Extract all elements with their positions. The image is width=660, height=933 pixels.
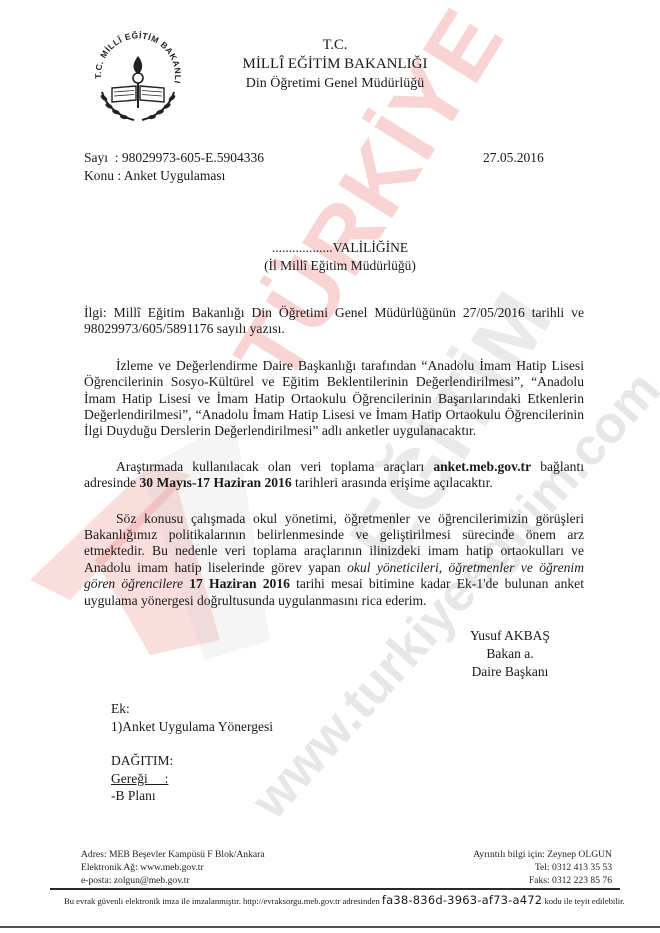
meb-logo: T.C. MİLLÎ EĞİTİM BAKANLIĞI (88, 26, 188, 126)
document-date: 27.05.2016 (483, 149, 544, 167)
paragraph-request: Söz konusu çalışmada okul yönetimi, öğre… (84, 511, 584, 609)
footer-web: Elektronik Ağ: www.meb.gov.tr (81, 861, 265, 874)
footer-contact: Ayrıntılı bilgi için: Zeynep OLGUN (420, 848, 612, 861)
attachments: Ek: 1)Anket Uygulama Yönergesi (111, 700, 273, 736)
footer-address: Adres: MEB Beşevler Kampüsü F Blok/Ankar… (81, 848, 265, 861)
letterhead: T.C. MİLLÎ EĞİTİM BAKANLIĞI Din Öğretimi… (190, 36, 480, 93)
footer-email: e-posta: zolgun@meb.gov.tr (81, 874, 265, 887)
letterhead-directorate: Din Öğretimi Genel Müdürlüğü (190, 74, 480, 93)
deadline-date: 17 Haziran 2016 (183, 576, 290, 591)
attachment-item: 1)Anket Uygulama Yönergesi (111, 718, 273, 736)
verification-line: Bu evrak güvenli elektronik imza ile imz… (64, 893, 624, 908)
letter-body: İlgi: Millî Eğitim Bakanlığı Din Öğretim… (84, 305, 584, 609)
paragraph-access-text-c: tarihleri arasında erişime açılacaktır. (292, 475, 493, 490)
paragraph-access: Araştırmada kullanılacak olan veri topla… (84, 459, 584, 492)
addressee: ..................VALİLİĞİNE (İl Millî E… (190, 239, 490, 275)
document-page: TÜRKİYE EĞİTİM www.turkiyeegitim.com T.C… (0, 0, 660, 933)
konu-label: Konu (84, 168, 114, 183)
footer-divider (50, 888, 620, 890)
signature-block: Yusuf AKBAŞ Bakan a. Daire Başkanı (450, 627, 570, 681)
ilgi-paragraph: İlgi: Millî Eğitim Bakanlığı Din Öğretim… (84, 305, 584, 338)
footer-tel: Tel: 0312 413 35 53 (420, 861, 612, 874)
bottom-divider (0, 926, 660, 928)
letterhead-tc: T.C. (190, 36, 480, 55)
footer-fax: Faks: 0312 223 85 76 (420, 874, 612, 887)
survey-dates: 30 Mayıs-17 Haziran 2016 (139, 475, 291, 490)
distribution: DAĞITIM: Gereği : -B Planı (111, 752, 173, 805)
letterhead-ministry: MİLLÎ EĞİTİM BAKANLIĞI (190, 55, 480, 74)
gereği-colon: : (165, 771, 169, 786)
addressee-line1: ..................VALİLİĞİNE (190, 239, 490, 257)
verification-text-b: kodu ile teyit edilebilir. (544, 896, 624, 906)
attachments-label: Ek: (111, 700, 273, 718)
signatory-title2: Daire Başkanı (450, 663, 570, 681)
svg-text:T.C. MİLLÎ EĞİTİM BAKANLIĞI: T.C. MİLLÎ EĞİTİM BAKANLIĞI (88, 26, 183, 85)
distribution-label: DAĞITIM: (111, 752, 173, 770)
addressee-line2: (İl Millî Eğitim Müdürlüğü) (190, 257, 490, 275)
signatory-name: Yusuf AKBAŞ (450, 627, 570, 645)
gereği-label: Gereği (111, 771, 148, 786)
paragraph-access-text-a: Araştırmada kullanılacak olan veri topla… (116, 459, 433, 474)
meb-emblem-icon: T.C. MİLLÎ EĞİTİM BAKANLIĞI (88, 26, 188, 126)
footer-contact-block: Ayrıntılı bilgi için: Zeynep OLGUN Tel: … (420, 848, 612, 887)
footer-address-block: Adres: MEB Beşevler Kampüsü F Blok/Ankar… (81, 848, 265, 887)
survey-link[interactable]: anket.meb.gov.tr (433, 459, 531, 474)
konu-row: Konu : Anket Uygulaması (84, 167, 564, 185)
konu-value: : Anket Uygulaması (117, 168, 225, 183)
verification-code: fa38-836d-3963-af73-a472 (382, 893, 542, 907)
sayi-label: Sayı (84, 150, 108, 165)
distribution-item: -B Planı (111, 787, 173, 805)
distribution-gereği: Gereği : (111, 770, 173, 788)
sayi-value: : 98029973-605-E.5904336 (115, 150, 264, 165)
signatory-title1: Bakan a. (450, 645, 570, 663)
verification-text-a: Bu evrak güvenli elektronik imza ile imz… (64, 896, 380, 906)
paragraph-surveys: İzleme ve Değerlendirme Daire Başkanlığı… (84, 358, 584, 440)
